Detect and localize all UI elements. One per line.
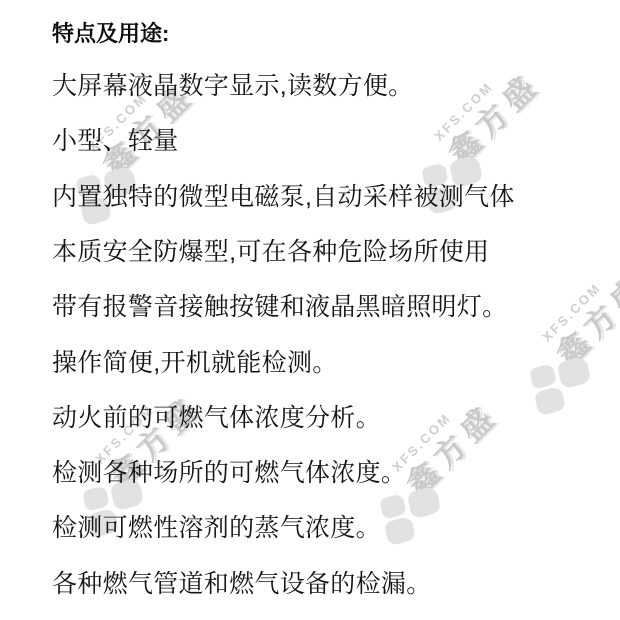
feature-line: 动火前的可燃气体浓度分析。 (52, 403, 381, 433)
feature-line: 操作简便,开机就能检测。 (52, 348, 338, 378)
feature-line: 各种燃气管道和燃气设备的检漏。 (52, 569, 432, 599)
feature-line: 本质安全防爆型,可在各种危险场所使用 (52, 237, 489, 267)
feature-line: 检测可燃性溶剂的蒸气浓度。 (52, 513, 381, 543)
feature-line: 带有报警音接触按键和液晶黑暗照明灯。 (52, 292, 507, 322)
feature-line: 大屏幕液晶数字显示,读数方便。 (52, 71, 413, 101)
feature-line: 检测各种场所的可燃气体浓度。 (52, 458, 406, 488)
document-page: XFS.COM鑫方盛XFS.COM鑫方盛XFS.COM鑫方盛XFS.COM鑫方盛… (0, 0, 620, 620)
feature-text-block: 特点及用途: 大屏幕液晶数字显示,读数方便。小型、轻量内置独特的微型电磁泵,自动… (0, 0, 620, 620)
feature-line: 小型、轻量 (52, 126, 179, 156)
feature-line: 内置独特的微型电磁泵,自动采样被测气体 (52, 182, 515, 212)
page-title: 特点及用途: (52, 20, 169, 48)
